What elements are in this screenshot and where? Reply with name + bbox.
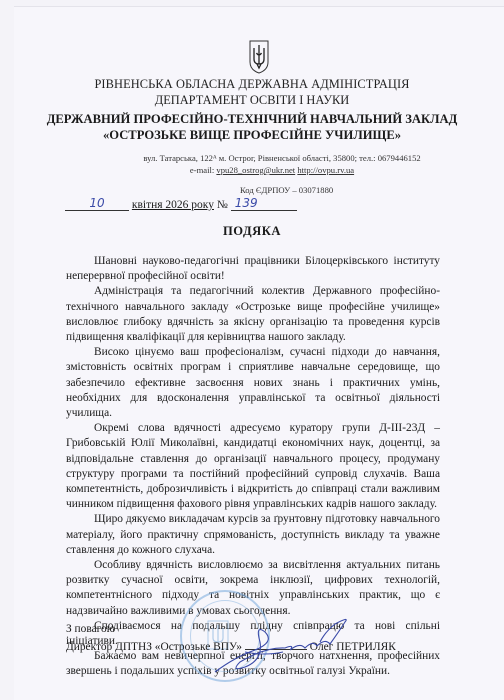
date-day-handwritten: 10 [89,196,104,210]
header-institution-type: ДЕРЖАВНИЙ ПРОФЕСІЙНО-ТЕХНІЧНИЙ НАВЧАЛЬНИ… [0,112,504,127]
paragraph-lecturers: Щиро дякуємо викладачам курсів за ґрунто… [66,512,440,558]
edrpou-code: Код ЄДРПОУ – 03071880 [240,185,333,195]
paragraph-gratitude: Адміністрація та педагогічний колектив Д… [66,284,440,345]
paragraph-greeting: Шановні науково-педагогічні працівники Б… [66,254,440,284]
email-link[interactable]: vpu28_ostrog@ukr.net [216,165,295,175]
date-day-field: 10 [65,196,129,211]
header-department: ДЕПАРТАМЕНТ ОСВІТИ І НАУКИ [0,93,504,108]
document-title: ПОДЯКА [0,224,504,239]
date-number-line: 10 квітня 2026 року № 139 [65,196,297,211]
document-number-field: 139 [231,196,297,211]
paragraph-professionalism: Високо цінуємо ваш професіоналізм, сучас… [66,345,440,421]
website-link[interactable]: http://ovpu.rv.ua [297,165,354,175]
address-line: вул. Татарська, 122ᴬ м. Острог, Рівненсь… [0,153,504,163]
header-administration: РІВНЕНСЬКА ОБЛАСНА ДЕРЖАВНА АДМІНІСТРАЦІ… [0,77,504,92]
document-number-handwritten: 139 [235,196,258,210]
paragraph-curator: Окремі слова вдячності адресуємо куратор… [66,421,440,512]
contact-line: e-mail: vpu28_ostrog@ukr.net http://ovpu… [0,165,504,175]
coat-of-arms-icon [248,40,270,74]
email-label: e-mail: [190,165,217,175]
handwritten-signature [205,612,355,692]
number-label: № [217,199,228,211]
date-month-year: квітня 2026 року [132,199,214,211]
header-institution-name: «ОСТРОЗЬКЕ ВИЩЕ ПРОФЕСІЙНЕ УЧИЛИЩЕ» [0,128,504,143]
